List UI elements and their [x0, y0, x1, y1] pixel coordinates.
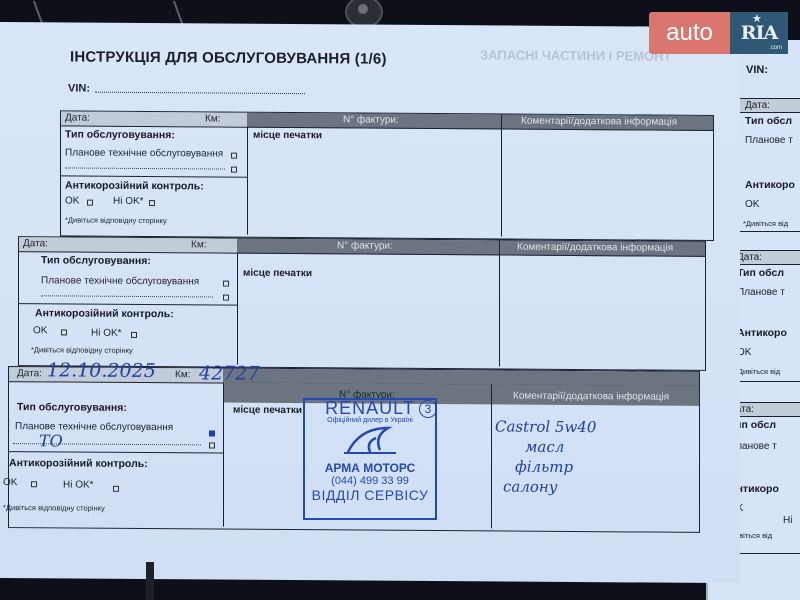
- ok-label: OK: [65, 195, 79, 206]
- page-title: ІНСТРУКЦІЯ ДЛЯ ОБСЛУГОВУВАННЯ (1/6): [70, 48, 387, 67]
- right-anticorrosion: Антикоро: [737, 327, 787, 339]
- scheduled-maintenance-label: Планове технічне обслуговування: [65, 147, 223, 159]
- not-ok-checkbox[interactable]: [131, 332, 137, 338]
- ok-checkbox[interactable]: [61, 329, 67, 335]
- date-label: Дата:: [23, 238, 48, 249]
- scheduled-maintenance-checkbox[interactable]: [209, 430, 215, 436]
- ok-label: OK: [3, 477, 17, 488]
- not-ok-label: Hi OK*: [113, 196, 144, 207]
- anticorrosion-label: Антикорозійний контроль:: [9, 457, 148, 470]
- right-anticorrosion: Антикоро: [745, 179, 795, 191]
- comment-line: масл: [495, 436, 596, 457]
- other-service-checkbox[interactable]: [209, 442, 215, 448]
- stamp-phone: (044) 499 33 99: [305, 475, 435, 487]
- comments-label: Коментарії/додаткова інформація: [521, 116, 677, 128]
- watermark-ria-text: RIA: [730, 22, 788, 44]
- km-label: Км:: [175, 369, 190, 380]
- stamp-number: 3: [419, 400, 437, 418]
- autoria-watermark: auto ★ RIA .com: [649, 12, 788, 54]
- right-service-type: Тип обсл: [737, 267, 784, 279]
- not-ok-label: Hi OK*: [63, 479, 94, 490]
- scheduled-maintenance-checkbox[interactable]: [231, 153, 237, 159]
- km-label: Км:: [205, 113, 220, 124]
- see-page-note: *Дивіться відповідну сторінку: [3, 503, 105, 513]
- anticorrosion-label: Антикорозійний контроль:: [65, 179, 204, 192]
- vin-field[interactable]: [95, 92, 305, 94]
- dealer-logo-icon: [340, 424, 400, 454]
- anticorrosion-label: Антикорозійний контроль:: [35, 307, 174, 320]
- comments-label: Коментарії/додаткова інформація: [517, 242, 673, 254]
- km-label: Км:: [191, 239, 206, 250]
- see-page-note: *Дивіться відповідну сторінку: [31, 345, 133, 355]
- right-date-label: Дата:: [745, 100, 770, 111]
- right-ok: OK: [745, 199, 759, 210]
- service-type-label: Тип обслуговування:: [65, 128, 175, 141]
- date-label: Дата:: [65, 112, 90, 123]
- stamp-brand: RENAULT: [305, 398, 435, 419]
- scheduled-maintenance-checkbox[interactable]: [223, 281, 229, 287]
- dealer-stamp: RENAULT 3 Офіційний дилер в Україні АРМА…: [303, 398, 437, 520]
- stamp-department: ВІДДІЛ СЕРВІСУ: [305, 487, 435, 503]
- bookmark-strip: [146, 562, 154, 600]
- service-type-label: Тип обслуговування:: [41, 254, 151, 267]
- scheduled-maintenance-label: Планове технічне обслуговування: [41, 275, 199, 287]
- service-entry-2: Дата: Км: N° фактури: Коментарії/додатко…: [18, 236, 706, 371]
- handwritten-service-note: ТО: [39, 431, 63, 450]
- other-service-checkbox[interactable]: [223, 295, 229, 301]
- watermark-ria: ★ RIA .com: [730, 12, 788, 54]
- not-ok-label: Hi OK*: [91, 328, 122, 339]
- star-icon: ★: [752, 12, 762, 25]
- date-label: Дата:: [17, 368, 42, 379]
- see-page-note: *Дивіться відповідну сторінку: [65, 215, 167, 225]
- comment-line: Castrol 5w40: [495, 416, 596, 437]
- stamp-place-label: місце печатки: [253, 130, 322, 141]
- right-vin-label: VIN:: [746, 64, 768, 76]
- service-type-label: Тип обслуговування:: [17, 401, 127, 414]
- right-scheduled: Планове т: [737, 287, 785, 298]
- ok-checkbox[interactable]: [31, 481, 37, 487]
- stamp-place-label: місце печатки: [233, 405, 302, 416]
- comments-label-overlay: Коментарії/додаткова інформація: [513, 391, 669, 403]
- vin-label: VIN:: [68, 82, 90, 94]
- other-service-checkbox[interactable]: [231, 167, 237, 173]
- right-not-ok: Hi: [783, 515, 792, 526]
- comment-line: фільтр: [495, 456, 596, 477]
- handwritten-comment: Castrol 5w40 масл фільтр салону: [495, 416, 596, 497]
- not-ok-checkbox[interactable]: [113, 486, 119, 492]
- ok-checkbox[interactable]: [87, 200, 93, 206]
- comment-line: салону: [495, 476, 596, 497]
- right-date-label: Дата:: [737, 252, 762, 263]
- handwritten-date: 12.10.2025: [47, 359, 156, 382]
- right-block-1: Дата: Тип обсл Планове т Антикоро OK *Ди…: [738, 98, 800, 232]
- watermark-auto: auto: [649, 12, 730, 54]
- right-block-2: Дата: Тип обсл Планове т Антикоро OK *Ди…: [730, 250, 800, 382]
- stamp-place-label: місце печатки: [243, 268, 312, 279]
- handwritten-km: 42727: [199, 362, 259, 384]
- watermark-suffix: .com: [769, 45, 782, 51]
- ok-label: OK: [33, 325, 47, 336]
- service-entry-1: Дата: Км: N° фактури: Коментарії/додатко…: [60, 110, 714, 241]
- not-ok-checkbox[interactable]: [149, 200, 155, 206]
- right-see-page: *Дивіться від: [735, 367, 780, 376]
- right-service-type: Тип обсл: [745, 115, 792, 127]
- stamp-dealer: АРМА МОТОРС: [305, 461, 435, 475]
- right-see-page: *Дивіться від: [743, 219, 788, 228]
- bleed-through-heading: ЗАПАСНІ ЧАСТИНИ І РЕМОНТ: [480, 47, 672, 63]
- right-scheduled: Планове т: [745, 135, 793, 146]
